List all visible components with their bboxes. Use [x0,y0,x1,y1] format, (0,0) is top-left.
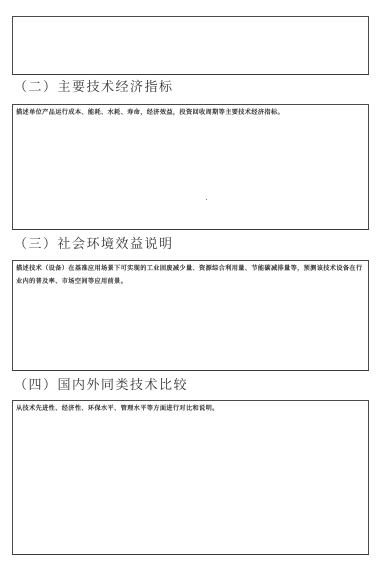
tech-economic-indicators-instructions: 描述单位产品运行成本、能耗、水耗、寿命，经济效益，投资回收周期等主要技术经济指标… [13,105,368,119]
domestic-foreign-comparison-answer-box[interactable]: 从技术先进性、经济性、环保水平、管理水平等方面进行对比和说明。 [12,400,369,555]
section-heading-domestic-foreign-comparison: （四）国内外同类技术比较 [14,378,188,394]
tech-economic-indicators-answer-box[interactable]: 描述单位产品运行成本、能耗、水耗、寿命，经济效益，投资回收周期等主要技术经济指标… [12,104,369,230]
section-heading-social-environmental-benefits: （三）社会环境效益说明 [14,237,174,253]
section-heading-tech-economic-indicators: （二）主要技术经济指标 [14,80,174,96]
scan-speck [206,199,207,200]
domestic-foreign-comparison-instructions: 从技术先进性、经济性、环保水平、管理水平等方面进行对比和说明。 [13,401,368,415]
social-environmental-benefits-answer-box[interactable]: 描述技术（设备）在基准应用场景下可实现的工业固废减少量、资源综合利用量、节能碳减… [12,260,369,371]
previous-section-answer-box[interactable] [12,16,369,75]
social-environmental-benefits-instructions: 描述技术（设备）在基准应用场景下可实现的工业固废减少量、资源综合利用量、节能碳减… [13,261,368,288]
